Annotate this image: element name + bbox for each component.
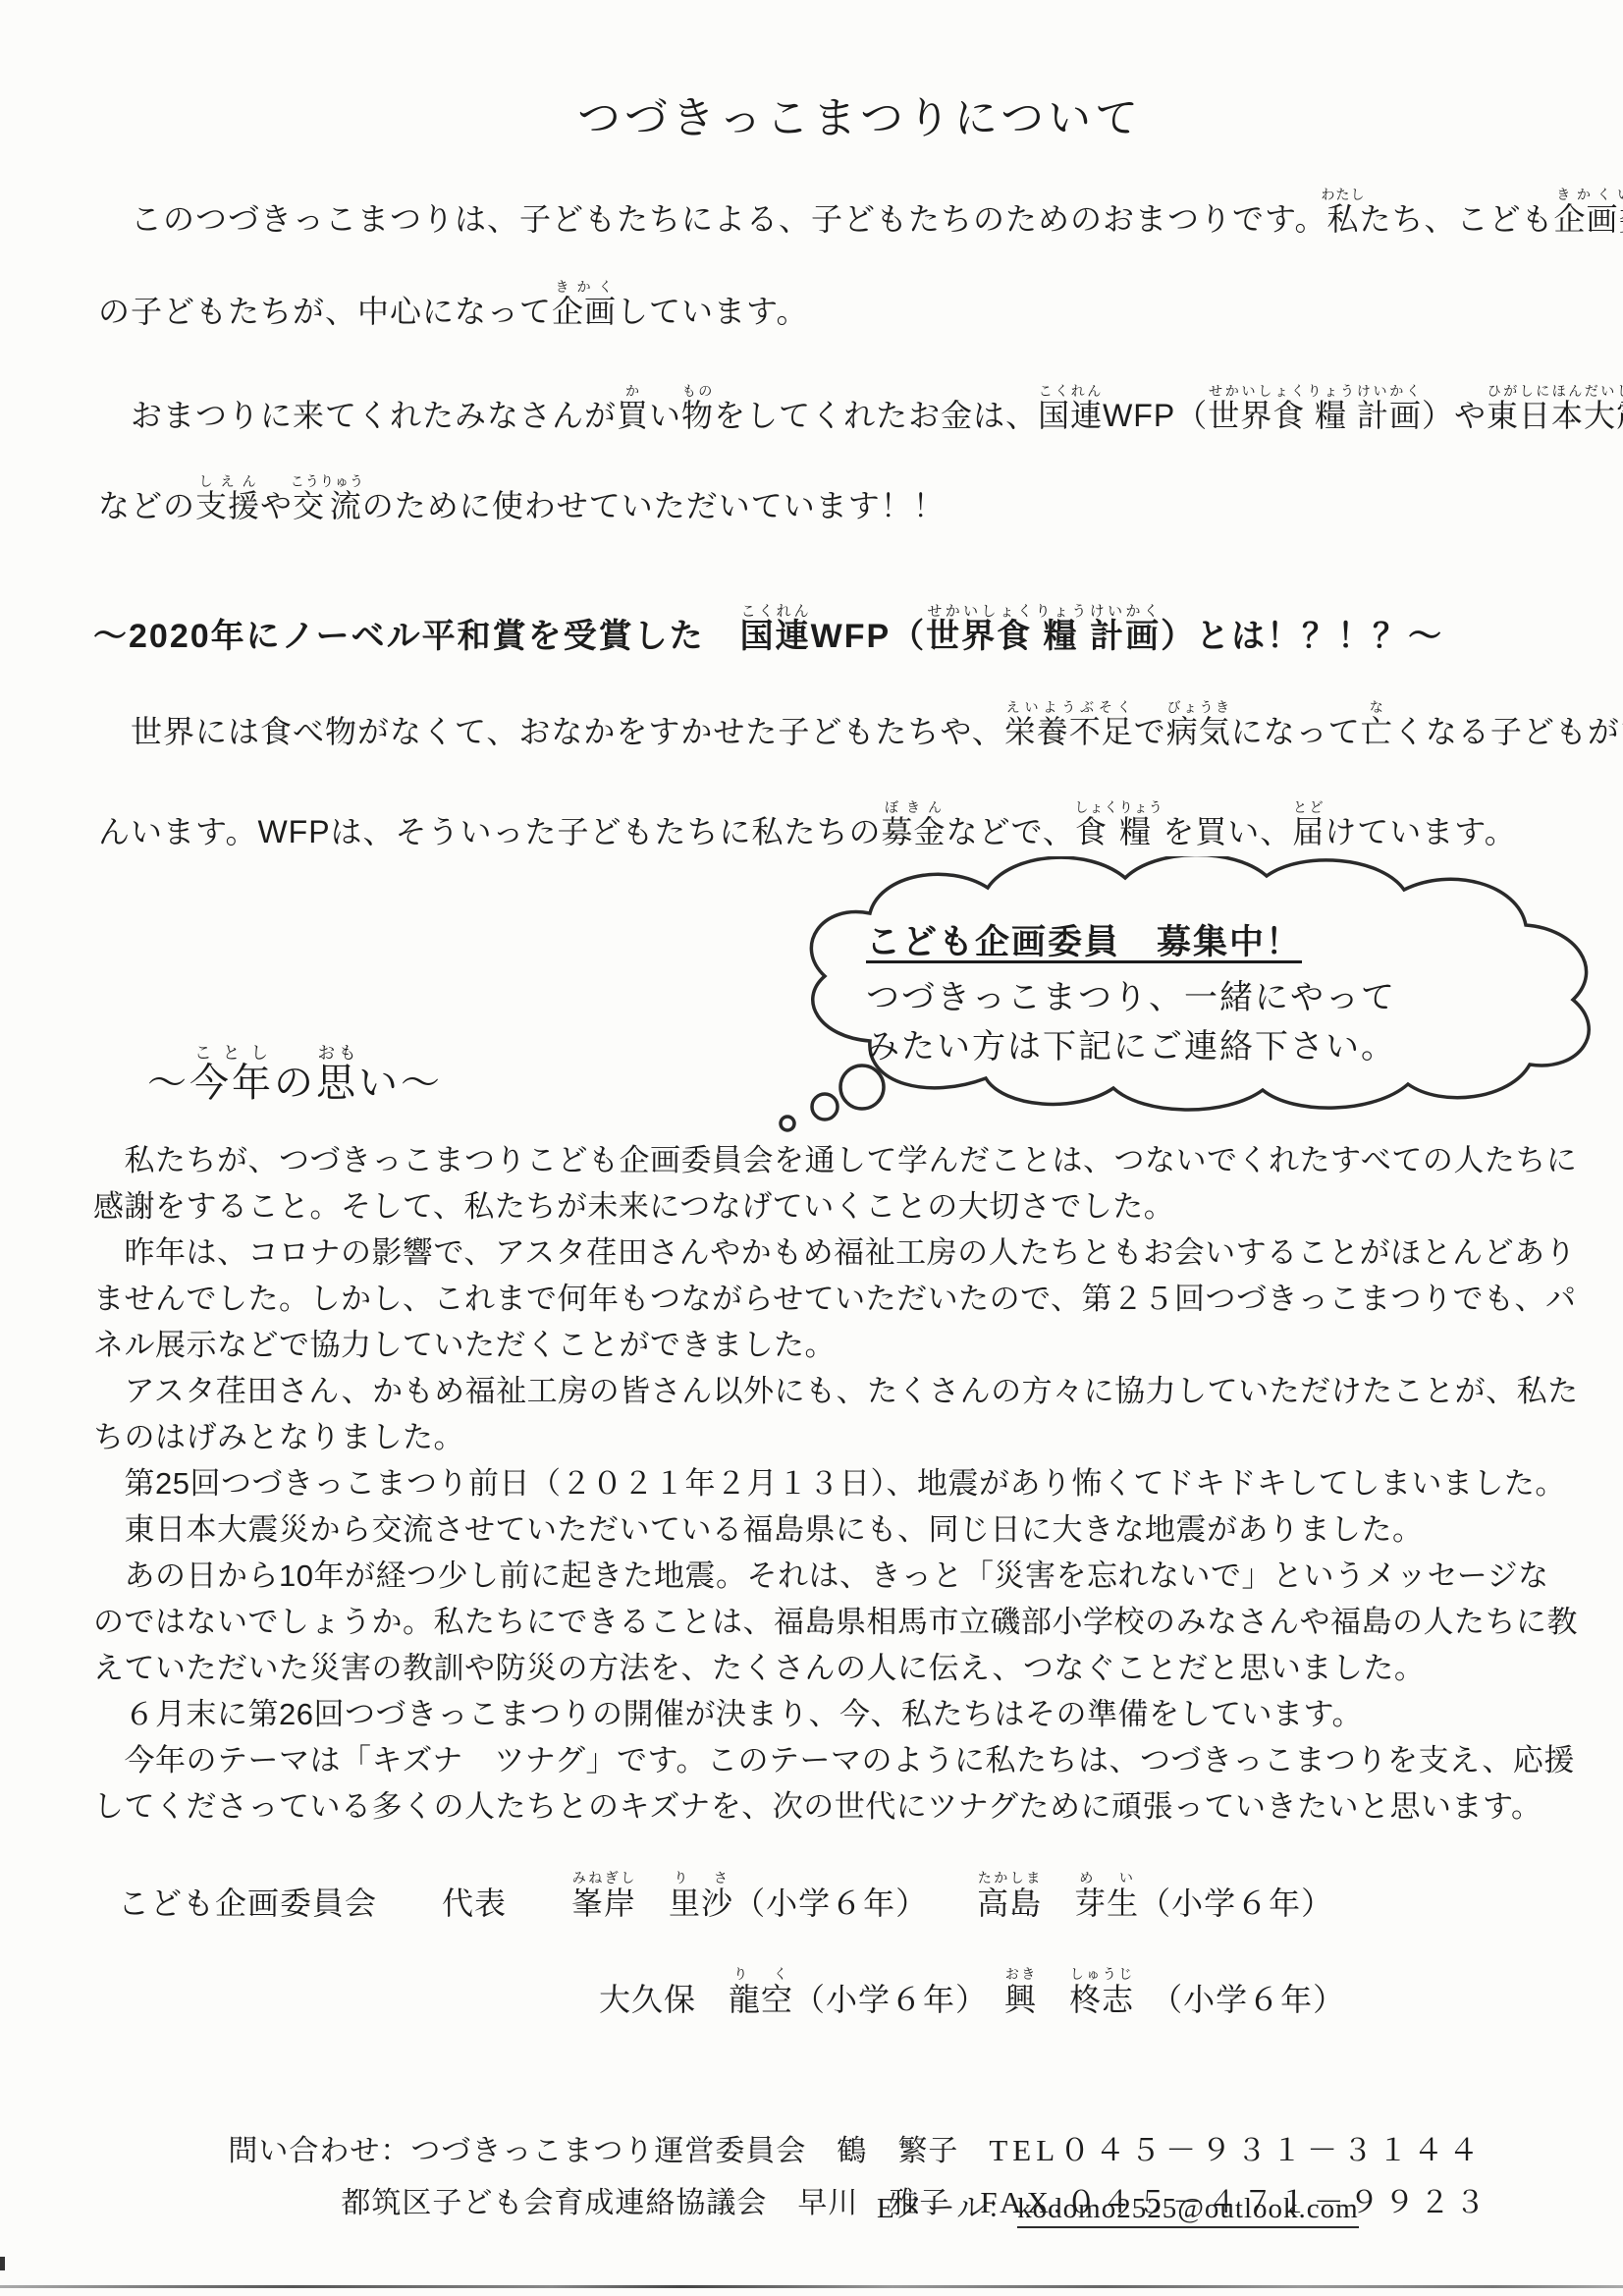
wfp-line-1: 世界には食べ物がなくて、おなかをすかせた子どもたちや、栄養不足えいようぶそくで病… — [98, 699, 1623, 750]
bubble-recruiting-title: こども企画委員 募集中！ — [866, 915, 1302, 964]
text-line: ちのはげみとなりました。 — [93, 1414, 1546, 1460]
bubble-line-2: みたい方は下記にご連絡下さい。 — [866, 1019, 1396, 1067]
funds-line-2: などの支援しえんや交流こうりゅうのために使わせていただいています！！ — [98, 473, 946, 524]
thoughts-section-heading: ～今年ことしの思おもい～ — [147, 1043, 443, 1106]
wfp-headline: ～2020年にノーベル平和賞を受賞した 国連こくれんWFP（世界食 糧 計画せか… — [93, 603, 1443, 655]
text-line: ６月末に第26回つづきっこまつりの開催が決まり、今、私たちはその準備をしています… — [93, 1691, 1546, 1737]
contact-email-line: Eメール：kodomo2525@outlook.com — [877, 2186, 1359, 2226]
text-line: ネル展示などで協力していただくことができました。 — [93, 1322, 1546, 1368]
text-line: あの日から10年が経つ少し前に起きた地震。それは、きっと「災害を忘れないで」とい… — [93, 1553, 1546, 1599]
page-title: つづきっこまつりについて — [577, 94, 1142, 142]
funds-line-1: おまつりに来てくれたみなさんが買かい物ものをしてくれたお金は、国連こくれんWFP… — [98, 383, 1623, 434]
thoughts-body: 私たちが、つづきっこまつりこども企画委員会を通して学んだことは、つないでくれたす… — [93, 1137, 1546, 1830]
email-address: kodomo2525@outlook.com — [1017, 2193, 1359, 2228]
text-line: えていただいた災害の教訓や防災の方法を、たくさんの人に伝え、つなぐことだと思いま… — [93, 1645, 1546, 1691]
scan-edge-mark — [0, 2257, 5, 2270]
text-line: 感謝をすること。そして、私たちが未来につなげていくことの大切さでした。 — [93, 1183, 1546, 1230]
text-line: してくださっている多くの人たちとのキズナを、次の世代にツナグために頑張っていきた… — [93, 1783, 1546, 1830]
email-label: Eメール： — [877, 2193, 1017, 2224]
committee-reps-line-1: こども企画委員会 代表 峯岸みねぎし 里沙り さ（小学６年） 高島たかしま 芽生… — [118, 1870, 1333, 1922]
text-line: アスタ荏田さん、かもめ福祉工房の皆さん以外にも、たくさんの方々に協力していただけ… — [93, 1368, 1546, 1414]
intro-line-1: このつづきっこまつりは、子どもたちによる、子どもたちのためのおまつりです。私わた… — [98, 187, 1623, 238]
scan-edge-line — [0, 2285, 1623, 2288]
text-line: 東日本大震災から交流させていただいている福島県にも、同じ日に大きな地震がありまし… — [93, 1506, 1546, 1553]
text-line: 第25回つづきっこまつり前日（２０２１年２月１３日）、地震があり怖くてドキドキし… — [93, 1460, 1546, 1506]
text-line: のではないでしょうか。私たちにできることは、福島県相馬市立磯部小学校のみなさんや… — [93, 1599, 1546, 1645]
bubble-line-1: つづきっこまつり、一緒にやって — [866, 970, 1396, 1018]
intro-line-2: の子どもたちが、中心になって企画きかくしています。 — [98, 279, 808, 330]
scanned-document-page: つづきっこまつりについて このつづきっこまつりは、子どもたちによる、子どもたちの… — [0, 0, 1623, 2296]
text-line: ませんでした。しかし、これまで何年もつながらせていただいたので、第２５回つづきっ… — [93, 1276, 1546, 1322]
committee-reps-line-2: 大久保 龍空り く（小学６年） 興おき 柊志しゅうじ （小学６年） — [599, 1966, 1345, 2018]
text-line: 昨年は、コロナの影響で、アスタ荏田さんやかもめ福祉工房の人たちともお会いすること… — [93, 1230, 1546, 1276]
text-line: 今年のテーマは「キズナ ツナグ」です。このテーマのように私たちは、つづきっこまつ… — [93, 1737, 1546, 1783]
wfp-line-2: んいます。WFPは、そういった子どもたちに私たちの募金ぼきんなどで、食 糧 しょ… — [98, 799, 1517, 850]
text-line: 私たちが、つづきっこまつりこども企画委員会を通して学んだことは、つないでくれたす… — [93, 1137, 1546, 1183]
